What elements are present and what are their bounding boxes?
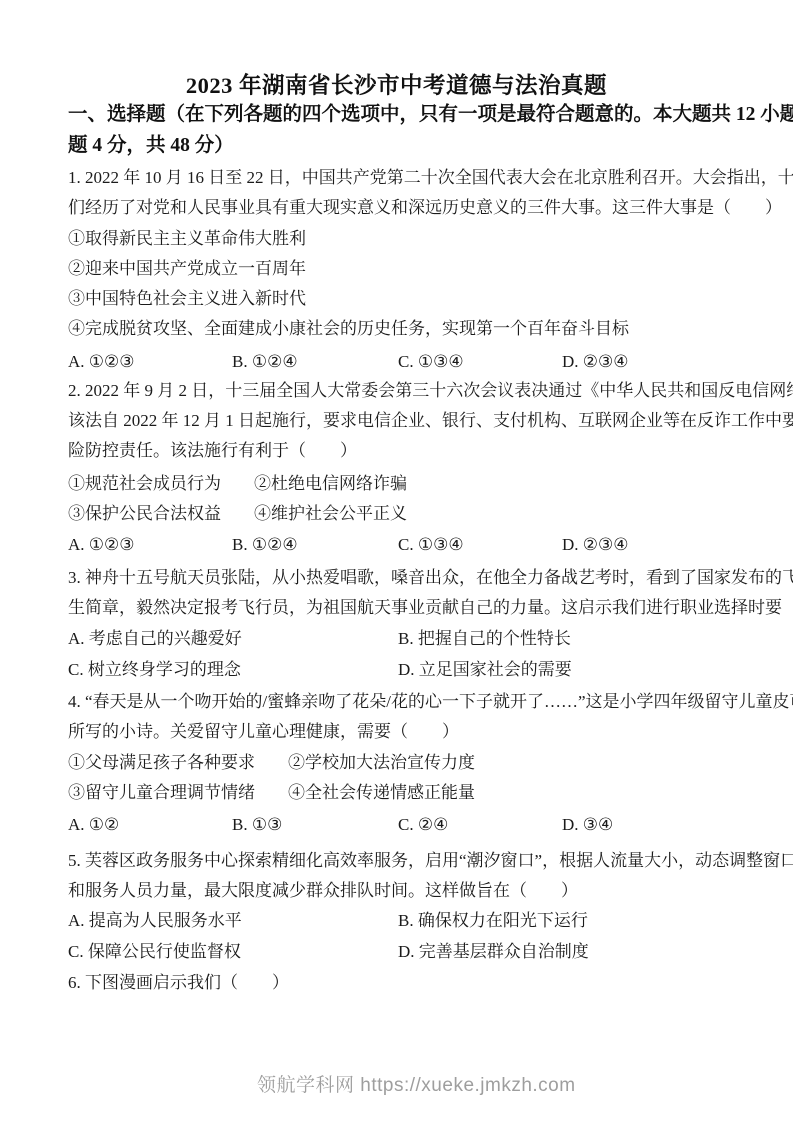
- q4-item-1: ①父母满足孩子各种要求: [68, 752, 255, 773]
- q4-choice-d: D. ③④: [562, 814, 613, 835]
- q5-choice-c: C. 保障公民行使监督权: [68, 941, 241, 962]
- q1-choice-d: D. ②③④: [562, 351, 629, 372]
- watermark-text: 领航学科网 https://xueke.jmkzh.com: [257, 1070, 576, 1097]
- q4-item-4: ④全社会传递情感正能量: [288, 782, 475, 803]
- q3-stem-line-2: 生简章，毅然决定报考飞行员，为祖国航天事业贡献自己的力量。这启示我们进行职业选择…: [68, 597, 793, 618]
- q3-choice-a: A. 考虑自己的兴趣爱好: [68, 628, 242, 649]
- q2-stem-line-2: 该法自 2022 年 12 月 1 日起施行，要求电信企业、银行、支付机构、互联…: [68, 410, 793, 431]
- q3-choice-c: C. 树立终身学习的理念: [68, 659, 241, 680]
- q5-choices-row-2: C. 保障公民行使监督权 D. 完善基层群众自治制度: [0, 941, 793, 965]
- q4-stem-line-2: 所写的小诗。关爱留守儿童心理健康，需要（ ）: [68, 721, 459, 742]
- q4-choices-row: A. ①② B. ①③ C. ②④ D. ③④: [0, 814, 793, 838]
- q2-stem-line-1: 2. 2022 年 9 月 2 日，十三届全国人大常委会第三十六次会议表决通过《…: [68, 380, 793, 401]
- q5-choice-b: B. 确保权力在阳光下运行: [398, 910, 588, 931]
- section-heading-line-1: 一、选择题（在下列各题的四个选项中，只有一项是最符合题意的。本大题共 12 小题…: [68, 103, 793, 127]
- q3-choice-d: D. 立足国家社会的需要: [398, 659, 572, 680]
- q2-choices-row: A. ①②③ B. ①②④ C. ①③④ D. ②③④: [0, 534, 793, 558]
- q4-stem-line-1: 4. “春天是从一个吻开始的/蜜蜂亲吻了花朵/花的心一下子就开了……”这是小学四…: [68, 691, 793, 712]
- q2-item-2: ②杜绝电信网络诈骗: [254, 473, 407, 494]
- q1-choice-a: A. ①②③: [68, 351, 135, 372]
- q2-choice-d: D. ②③④: [562, 534, 629, 555]
- q4-choice-c: C. ②④: [398, 814, 448, 835]
- q2-choice-c: C. ①③④: [398, 534, 464, 555]
- q2-item-3: ③保护公民合法权益: [68, 503, 221, 524]
- q2-items-row-1: ①规范社会成员行为 ②杜绝电信网络诈骗: [0, 473, 793, 497]
- q5-stem-line-1: 5. 芙蓉区政务服务中心探索精细化高效率服务，启用“潮汐窗口”，根据人流量大小，…: [68, 850, 793, 871]
- q1-choices-row: A. ①②③ B. ①②④ C. ①③④ D. ②③④: [0, 351, 793, 375]
- q1-choice-c: C. ①③④: [398, 351, 464, 372]
- exam-document-page: 2023 年湖南省长沙市中考道德与法治真题 一、选择题（在下列各题的四个选项中，…: [0, 0, 793, 1122]
- q1-stem-line-1: 1. 2022 年 10 月 16 日至 22 日，中国共产党第二十次全国代表大…: [68, 167, 793, 188]
- q3-choices-row-1: A. 考虑自己的兴趣爱好 B. 把握自己的个性特长: [0, 628, 793, 652]
- section-heading-line-2: 题 4 分，共 48 分）: [68, 134, 234, 158]
- q1-stem-line-2: 们经历了对党和人民事业具有重大现实意义和深远历史意义的三件大事。这三件大事是（ …: [68, 197, 782, 218]
- q4-item-3: ③留守儿童合理调节情绪: [68, 782, 255, 803]
- q5-choice-a: A. 提高为人民服务水平: [68, 910, 242, 931]
- q2-choice-a: A. ①②③: [68, 534, 135, 555]
- q3-choices-row-2: C. 树立终身学习的理念 D. 立足国家社会的需要: [0, 659, 793, 683]
- q4-items-row-1: ①父母满足孩子各种要求 ②学校加大法治宣传力度: [0, 752, 793, 776]
- q4-items-row-2: ③留守儿童合理调节情绪 ④全社会传递情感正能量: [0, 782, 793, 806]
- q3-stem-line-1: 3. 神舟十五号航天员张陆，从小热爱唱歌，嗓音出众，在他全力备战艺考时，看到了国…: [68, 567, 793, 588]
- q1-item-3: ③中国特色社会主义进入新时代: [68, 288, 306, 309]
- q2-items-row-2: ③保护公民合法权益 ④维护社会公平正义: [0, 503, 793, 527]
- q4-choice-b: B. ①③: [232, 814, 282, 835]
- q1-choice-b: B. ①②④: [232, 351, 298, 372]
- q2-item-4: ④维护社会公平正义: [254, 503, 407, 524]
- q2-stem-line-3: 险防控责任。该法施行有利于（ ）: [68, 440, 357, 461]
- q1-item-2: ②迎来中国共产党成立一百周年: [68, 258, 306, 279]
- q2-item-1: ①规范社会成员行为: [68, 473, 221, 494]
- q5-stem-line-2: 和服务人员力量，最大限度减少群众排队时间。这样做旨在（ ）: [68, 880, 578, 901]
- q1-item-4: ④完成脱贫攻坚、全面建成小康社会的历史任务，实现第一个百年奋斗目标: [68, 318, 629, 339]
- q2-choice-b: B. ①②④: [232, 534, 298, 555]
- page-title: 2023 年湖南省长沙市中考道德与法治真题: [0, 68, 793, 100]
- q1-item-1: ①取得新民主主义革命伟大胜利: [68, 228, 306, 249]
- q4-choice-a: A. ①②: [68, 814, 119, 835]
- q4-item-2: ②学校加大法治宣传力度: [288, 752, 475, 773]
- q3-choice-b: B. 把握自己的个性特长: [398, 628, 571, 649]
- q6-stem-line-1: 6. 下图漫画启示我们（ ）: [68, 972, 289, 993]
- q5-choices-row-1: A. 提高为人民服务水平 B. 确保权力在阳光下运行: [0, 910, 793, 934]
- q5-choice-d: D. 完善基层群众自治制度: [398, 941, 589, 962]
